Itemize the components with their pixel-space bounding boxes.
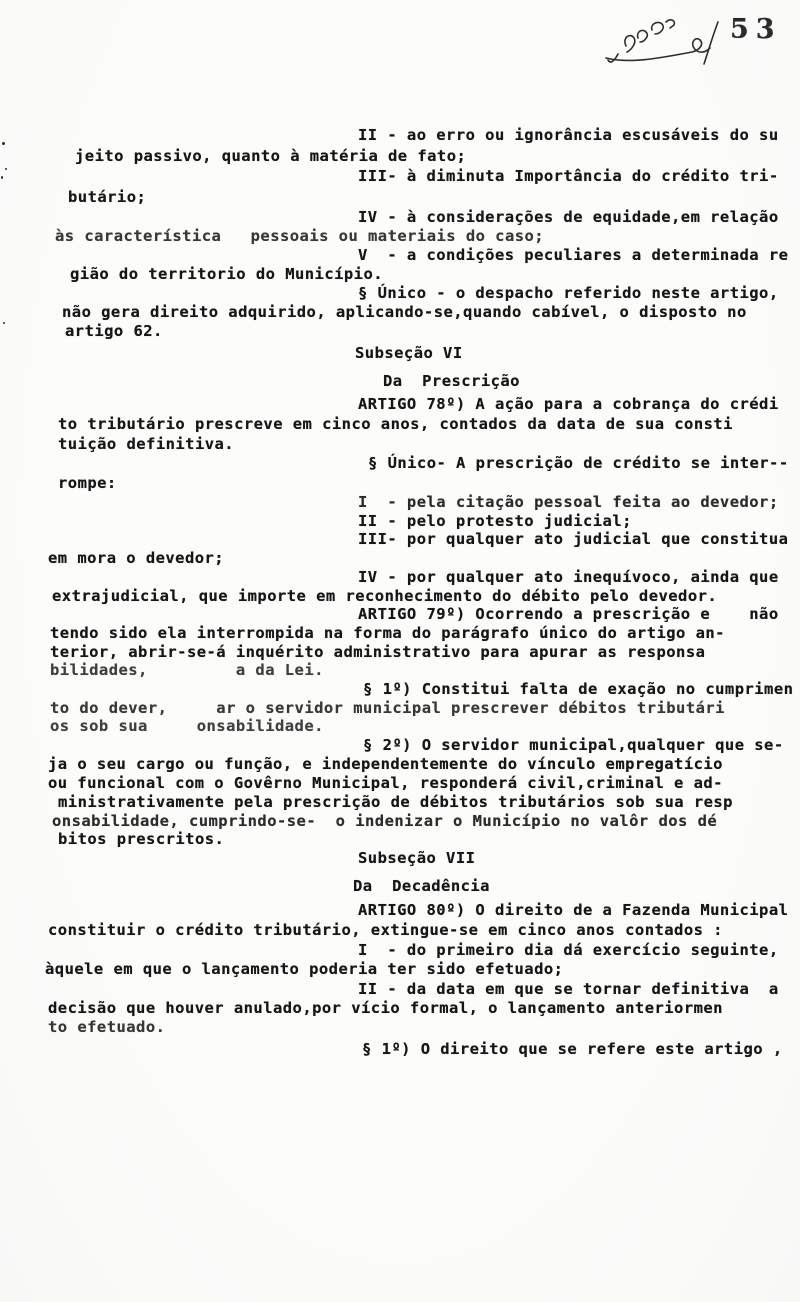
text-line: ou funcional com o Govêrno Municipal, re…	[48, 776, 723, 792]
text-line: ministrativamente pela prescrição de déb…	[58, 795, 733, 811]
text-line: ARTIGO 78º) A ação para a cobrança do cr…	[358, 397, 779, 413]
text-line: to efetuado.	[48, 1020, 165, 1036]
text-line: § Único- A prescrição de crédito se inte…	[368, 456, 789, 472]
handwritten-initials-mark	[600, 8, 750, 68]
scan-speck	[3, 322, 5, 324]
text-line: III- à diminuta Importância do crédito t…	[358, 169, 779, 185]
text-line: II - pelo protesto judicial;	[358, 514, 632, 530]
scan-speck	[2, 142, 5, 145]
text-line: IV - à considerações de equidade,em rela…	[358, 210, 779, 226]
text-line: ja o seu cargo ou função, e independente…	[48, 757, 723, 773]
text-line: I - pela citação pessoal feita ao devedo…	[358, 495, 779, 511]
text-line: tendo sido ela interrompida na forma do …	[50, 626, 725, 642]
text-line: terior, abrir-se-á inquérito administrat…	[50, 645, 705, 661]
text-line: não gera direito adquirido, aplicando-se…	[62, 305, 747, 321]
text-line: os sob sua onsabilidade.	[50, 719, 324, 735]
text-line: rompe:	[58, 476, 117, 492]
subsection-title: Da Decadência	[353, 879, 490, 895]
scanned-document-page: 53 II - ao erro ou ignorância escusáveis…	[0, 0, 800, 1302]
text-line: II - ao erro ou ignorância escusáveis do…	[358, 128, 779, 144]
subsection-heading: Subseção VII	[358, 851, 475, 867]
text-line: decisão que houver anulado,por vício for…	[48, 1001, 723, 1017]
text-line: gião do territorio do Município.	[70, 267, 383, 283]
text-line: tuição definitiva.	[58, 437, 234, 453]
text-line: V - a condições peculiares a determinada…	[358, 248, 788, 264]
text-line: artigo 62.	[65, 324, 163, 340]
text-line: bilidades, a da Lei.	[50, 663, 324, 679]
text-line: às característica pessoais ou materiais …	[55, 229, 544, 245]
text-line: constituir o crédito tributário, extingu…	[48, 923, 723, 939]
text-line: II - da data em que se tornar definitiva…	[358, 982, 779, 998]
text-line: § Único - o despacho referido neste arti…	[358, 286, 779, 302]
scan-speck	[5, 168, 7, 170]
text-line: onsabilidade, cumprindo-se- o indenizar …	[52, 814, 717, 830]
text-line: àquele em que o lançamento poderia ter s…	[45, 962, 563, 978]
text-line: III- por qualquer ato judicial que const…	[358, 532, 788, 548]
text-line: to do dever, ar o servidor municipal pre…	[50, 701, 725, 717]
text-line: IV - por qualquer ato inequívoco, ainda …	[358, 570, 779, 586]
text-line: § 1º) O direito que se refere este artig…	[362, 1042, 783, 1058]
text-line: butário;	[68, 190, 146, 206]
text-line: I - do primeiro dia dá exercício seguint…	[358, 943, 779, 959]
scan-speck	[1, 176, 3, 179]
subsection-heading: Subseção VI	[355, 346, 463, 362]
text-line: em mora o devedor;	[48, 551, 224, 567]
text-line: to tributário prescreve em cinco anos, c…	[58, 417, 733, 433]
text-line: ARTIGO 80º) O direito de a Fazenda Munic…	[358, 903, 788, 919]
text-line: ARTIGO 79º) Ocorrendo a prescrição e não	[358, 607, 779, 623]
text-line: bitos prescritos.	[58, 832, 224, 848]
text-line: § 1º) Constitui falta de exação no cumpr…	[363, 682, 793, 698]
text-line: § 2º) O servidor municipal,qualquer que …	[363, 738, 784, 754]
text-line: extrajudicial, que importe em reconhecim…	[52, 589, 717, 605]
text-line: jeito passivo, quanto à matéria de fato;	[75, 149, 466, 165]
page-number: 53	[730, 14, 782, 45]
subsection-title: Da Prescrição	[383, 374, 520, 390]
